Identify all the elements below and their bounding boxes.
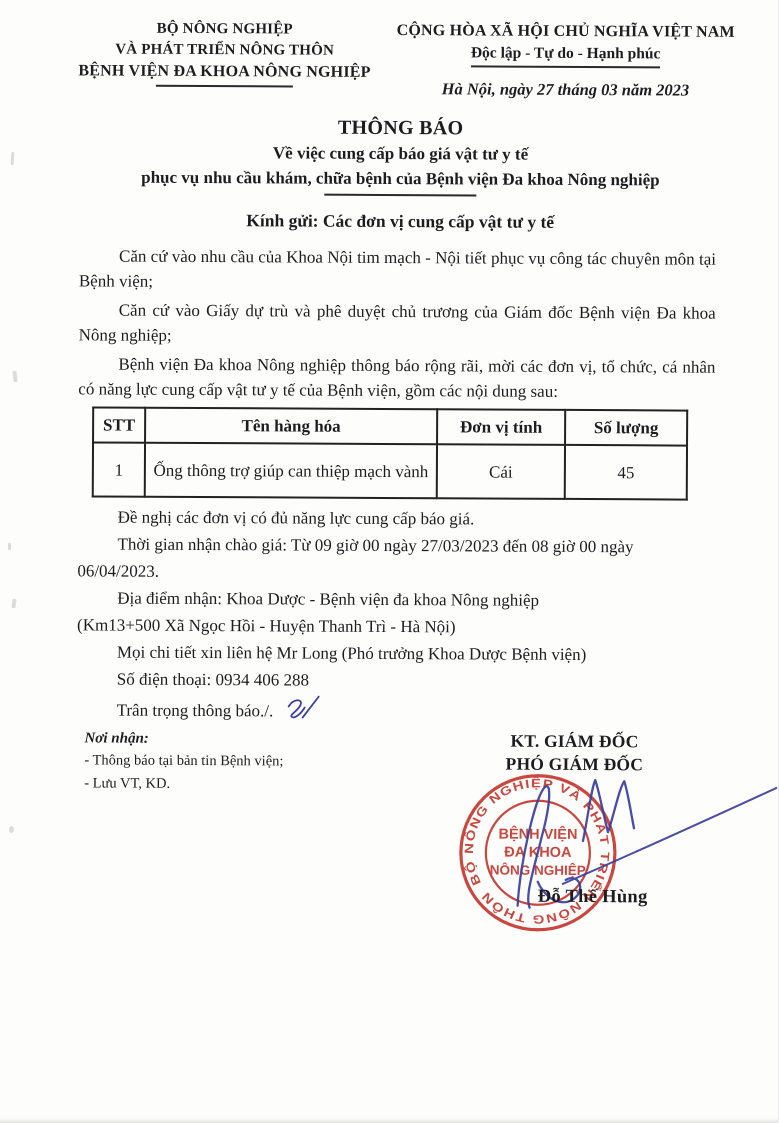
national-motto-block: CỘNG HÒA XÃ HỘI CHỦ NGHĨA VIỆT NAM Độc l… [389, 20, 742, 101]
document-subtitle-line2: phục vụ nhu cầu khám, chữa bệnh của Bệnh… [59, 164, 741, 193]
issuing-org-block: BỘ NÔNG NGHIỆP VÀ PHÁT TRIỂN NÔNG THÔN B… [60, 18, 390, 99]
title-divider [324, 194, 476, 197]
national-title: CỘNG HÒA XÃ HỘI CHỦ NGHĨA VIỆT NAM [389, 20, 742, 44]
col-header-stt: STT [93, 407, 145, 442]
detail-contact-line: Mọi chi tiết xin liên hệ Mr Long (Phó tr… [77, 638, 714, 668]
recipients-label: Nơi nhận: [84, 727, 283, 750]
body-paragraphs: Căn cứ vào nhu cầu của Khoa Nội tim mạch… [78, 243, 716, 404]
paragraph-basis-1: Căn cứ vào nhu cầu của Khoa Nội tim mạch… [79, 243, 716, 296]
goods-table: STT Tên hàng hóa Đơn vị tính Số lượng 1 … [92, 406, 688, 500]
detail-phone-line: Số điện thoại: 0934 406 288 [77, 665, 714, 695]
col-header-unit: Đơn vị tính [437, 409, 565, 445]
closing-line: Trân trọng thông báo./. [117, 701, 274, 721]
title-block: THÔNG BÁO Về việc cung cấp báo giá vật t… [59, 113, 741, 198]
closing-line-wrap: Trân trọng thông báo./. [77, 692, 714, 726]
national-motto: Độc lập - Tự do - Hạnh phúc [471, 42, 661, 68]
detail-request-line: Đề nghị các đơn vị có đủ năng lực cung c… [78, 503, 715, 533]
table-header-row: STT Tên hàng hóa Đơn vị tính Số lượng [93, 407, 687, 445]
recipients-item-1: - Thông báo tại bản tin Bệnh viện; [84, 749, 283, 773]
detail-location-address: (Km13+500 Xã Ngọc Hồi - Huyện Thanh Trì … [77, 611, 714, 641]
detail-location-line: Địa điểm nhận: Khoa Dược - Bệnh viện đa … [77, 584, 714, 614]
detail-time-line: Thời gian nhận chào giá: Từ 09 giờ 00 ng… [77, 530, 714, 587]
cell-unit: Cái [437, 444, 565, 499]
cell-quantity: 45 [565, 445, 687, 500]
scanned-document-page: BỘ NÔNG NGHIỆP VÀ PHÁT TRIỂN NÔNG THÔN B… [0, 0, 779, 1123]
org-line-hospital: BỆNH VIỆN ĐA KHOA NÔNG NGHIỆP [60, 60, 389, 84]
handwritten-initial-icon [281, 693, 323, 723]
recipients-block: Nơi nhận: - Thông báo tại bản tin Bệnh v… [84, 727, 283, 796]
org-line-ministry2: VÀ PHÁT TRIỂN NÔNG THÔN [60, 39, 389, 62]
document-title: THÔNG BÁO [60, 113, 742, 143]
col-header-item-name: Tên hàng hóa [145, 408, 437, 445]
scan-artifact [9, 826, 14, 833]
salutation-line: Kính gửi: Các đơn vị cung cấp vật tư y t… [59, 207, 741, 236]
org-underline [156, 85, 293, 88]
document-header: BỘ NÔNG NGHIỆP VÀ PHÁT TRIỂN NÔNG THÔN B… [60, 18, 742, 101]
scan-artifact [8, 543, 11, 550]
date-line: Hà Nội, ngày 27 tháng 03 năm 2023 [389, 79, 742, 101]
paragraph-basis-2: Căn cứ vào Giấy dự trù và phê duyệt chủ … [79, 297, 716, 350]
recipients-item-2: - Lưu VT, KD. [84, 772, 283, 796]
signature-title-line1: KT. GIÁM ĐỐC [458, 729, 690, 753]
signer-name: Đỗ Thế Hùng [500, 887, 686, 909]
col-header-quantity: Số lượng [565, 410, 687, 446]
cell-stt: 1 [93, 442, 145, 496]
org-line-ministry: BỘ NÔNG NGHIỆP [60, 18, 389, 41]
document-subtitle-line1: Về việc cung cấp báo giá vật tư y tế [59, 139, 741, 168]
paragraph-announcement: Bệnh viện Đa khoa Nông nghiệp thông báo … [78, 351, 715, 404]
cell-item-name: Ống thông trợ giúp can thiệp mạch vành [145, 443, 437, 499]
table-row: 1 Ống thông trợ giúp can thiệp mạch vành… [93, 442, 687, 499]
document-content: BỘ NÔNG NGHIỆP VÀ PHÁT TRIỂN NÔNG THÔN B… [0, 0, 779, 1123]
detail-lines: Đề nghị các đơn vị có đủ năng lực cung c… [77, 503, 715, 726]
